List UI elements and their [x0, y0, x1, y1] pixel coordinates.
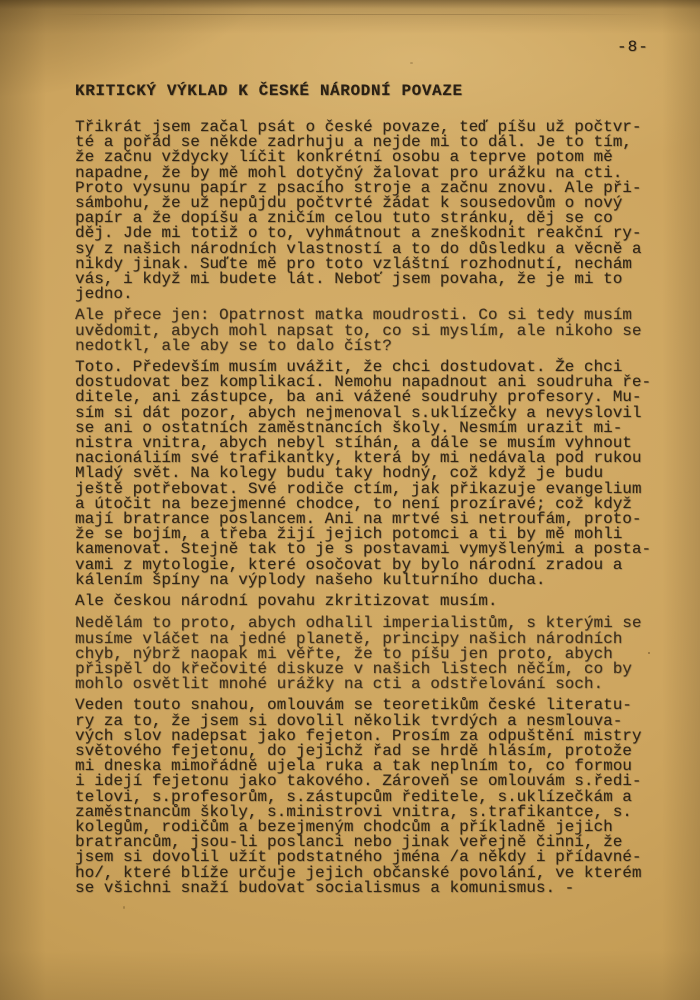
- paragraph-5: Nedělám to proto, abych odhalil imperial…: [75, 616, 660, 692]
- paragraph-6: Veden touto snahou, omlouvám se teoretik…: [75, 698, 660, 896]
- paragraph-2: Ale přece jen: Opatrnost matka moudrosti…: [75, 308, 660, 354]
- paragraph-1: Třikrát jsem začal psát o české povaze, …: [75, 120, 660, 302]
- paper-scratch: [55, 14, 655, 15]
- scanned-document-page: -8- KRITICKÝ VÝKLAD K ČESKÉ NÁRODNÍ POVA…: [0, 0, 700, 1000]
- page-number: -8-: [617, 40, 649, 55]
- document-title: KRITICKÝ VÝKLAD K ČESKÉ NÁRODNÍ POVAZE: [75, 84, 463, 99]
- paper-speck: [410, 62, 413, 64]
- document-body: Třikrát jsem začal psát o české povaze, …: [75, 120, 660, 902]
- paragraph-4: Ale českou národní povahu zkritizovat mu…: [75, 594, 660, 609]
- paper-speck: [123, 906, 125, 909]
- paragraph-3: Toto. Především musím uvážit, že chci do…: [75, 360, 660, 588]
